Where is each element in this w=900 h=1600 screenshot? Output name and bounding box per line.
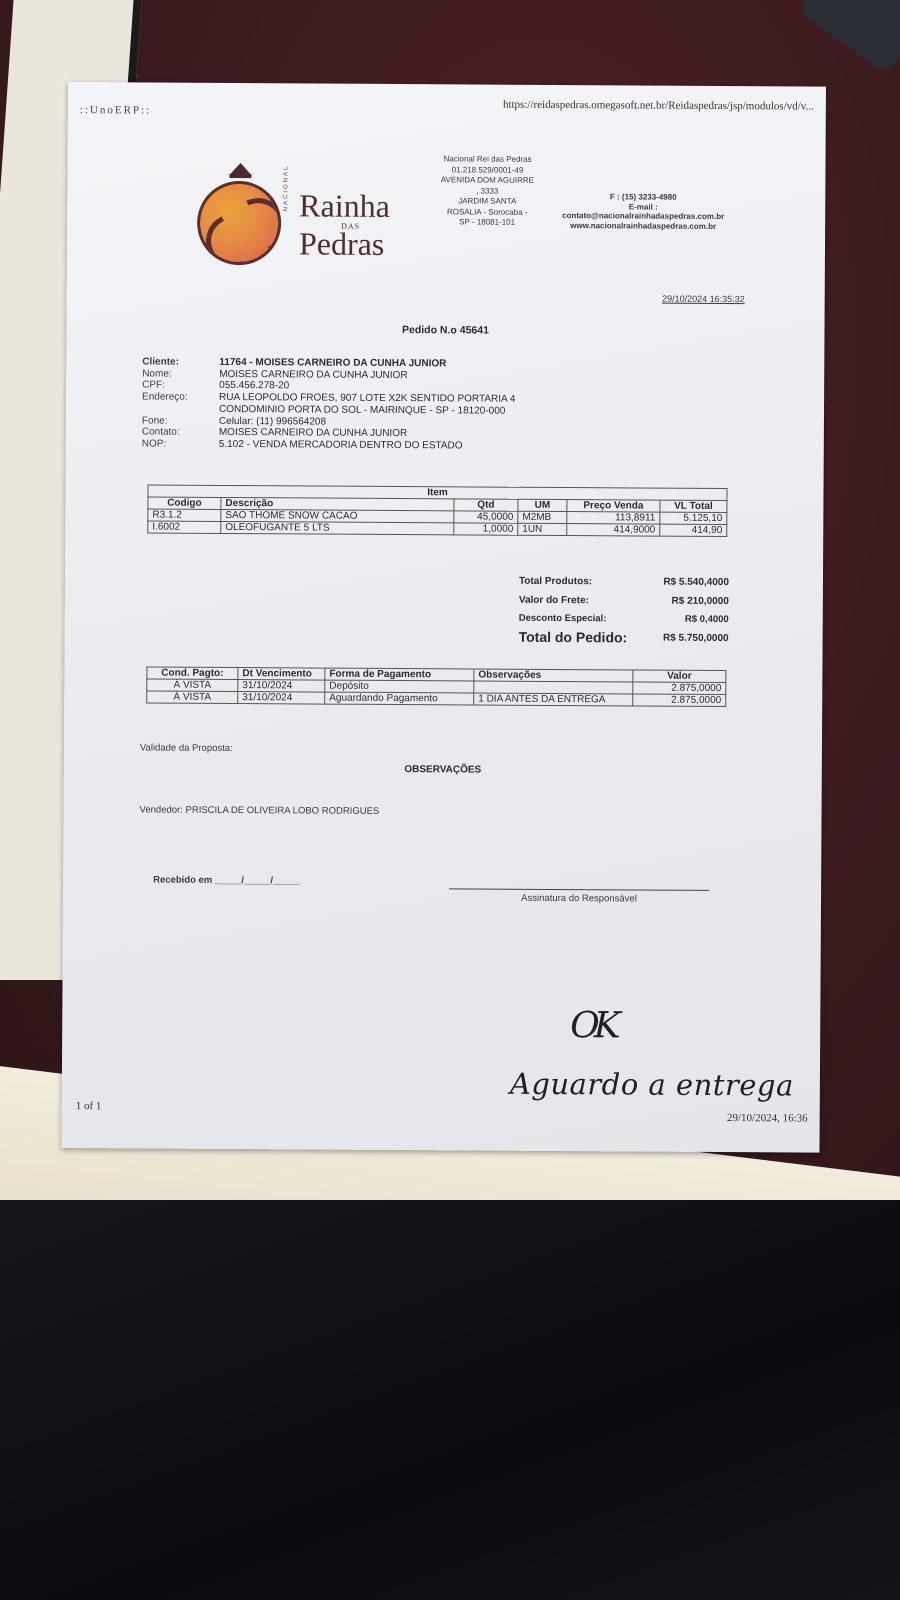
proposal-validity: Validade da Proposta: xyxy=(140,742,233,754)
company-email: contato@nacionalrainhadaspedras.com.br xyxy=(545,211,741,222)
received-date-field: Recebido em _____/_____/_____ xyxy=(153,875,299,887)
logo-tagline: NACIONAL xyxy=(283,165,289,212)
company-website: www.nacionalrainhadaspedras.com.br xyxy=(545,220,741,231)
client-info: Cliente:11764 - MOISES CARNEIRO DA CUNHA… xyxy=(142,356,516,452)
handwritten-ok: OK xyxy=(570,1005,615,1046)
payment-table: Cond. Pagto: Dt Vencimento Forma de Paga… xyxy=(146,666,726,707)
order-totals: Total Produtos:R$ 5.540,4000 Valor do Fr… xyxy=(519,572,729,649)
items-table: Item Codigo Descrição Qtd UM Preço Venda… xyxy=(147,484,727,537)
company-street: AVENIDA DOM AGUIRRE xyxy=(433,175,541,186)
nop-row: NOP:5.102 - VENDA MERCADORIA DENTRO DO E… xyxy=(142,438,515,452)
order-total-row: Total do Pedido:R$ 5.750,0000 xyxy=(519,626,729,649)
company-number: , 3333 xyxy=(433,186,541,197)
crown-base-icon xyxy=(229,174,251,178)
salesperson: Vendedor: PRISCILA DE OLIVEIRA LOBO RODR… xyxy=(140,804,380,816)
order-title: Pedido N.o 45641 xyxy=(66,322,824,339)
company-contact: F : (15) 3233-4980 E-mail : contato@naci… xyxy=(545,192,741,231)
print-page-number: 1 of 1 xyxy=(76,1100,102,1112)
horse-emblem-icon xyxy=(197,181,282,266)
company-cnpj: 01.218.529/0001-49 xyxy=(433,165,541,176)
signature-line xyxy=(449,888,709,891)
discount-row: Desconto Especial:R$ 0,4000 xyxy=(519,610,729,627)
print-url: https://reidaspedras.omegasoft.net.br/Re… xyxy=(503,99,814,113)
table-row: À VISTA 31/10/2024 Aguardando Pagamento … xyxy=(147,691,726,707)
company-district: JARDIM SANTA xyxy=(433,196,541,207)
background-fabric xyxy=(0,1200,900,1600)
observations-title: OBSERVAÇÕES xyxy=(64,762,822,778)
total-products-row: Total Produtos:R$ 5.540,4000 xyxy=(519,572,729,592)
handwritten-note: Aguardo a entrega xyxy=(510,1067,794,1103)
logo-name-line1: Rainha xyxy=(299,189,390,222)
company-zip: SP - 18081-101 xyxy=(433,217,541,228)
company-logo: NACIONAL Rainha DAS Pedras xyxy=(177,163,408,274)
company-name: Nacional Rei das Pedras xyxy=(434,154,542,165)
company-address: Nacional Rei das Pedras 01.218.529/0001-… xyxy=(433,154,541,228)
signature-label: Assinatura do Responsável xyxy=(449,892,709,905)
print-app-name: ::UnoERP:: xyxy=(80,104,151,116)
freight-row: Valor do Frete:R$ 210,0000 xyxy=(519,591,729,611)
company-city: ROSALIA - Sorocaba - xyxy=(433,207,541,218)
generated-timestamp: 29/10/2024 16:35:32 xyxy=(662,294,745,305)
order-document: ::UnoERP:: https://reidaspedras.omegasof… xyxy=(61,82,825,1153)
print-timestamp: 29/10/2024, 16:36 xyxy=(727,1112,808,1124)
logo-name-line2: Pedras xyxy=(299,227,385,260)
